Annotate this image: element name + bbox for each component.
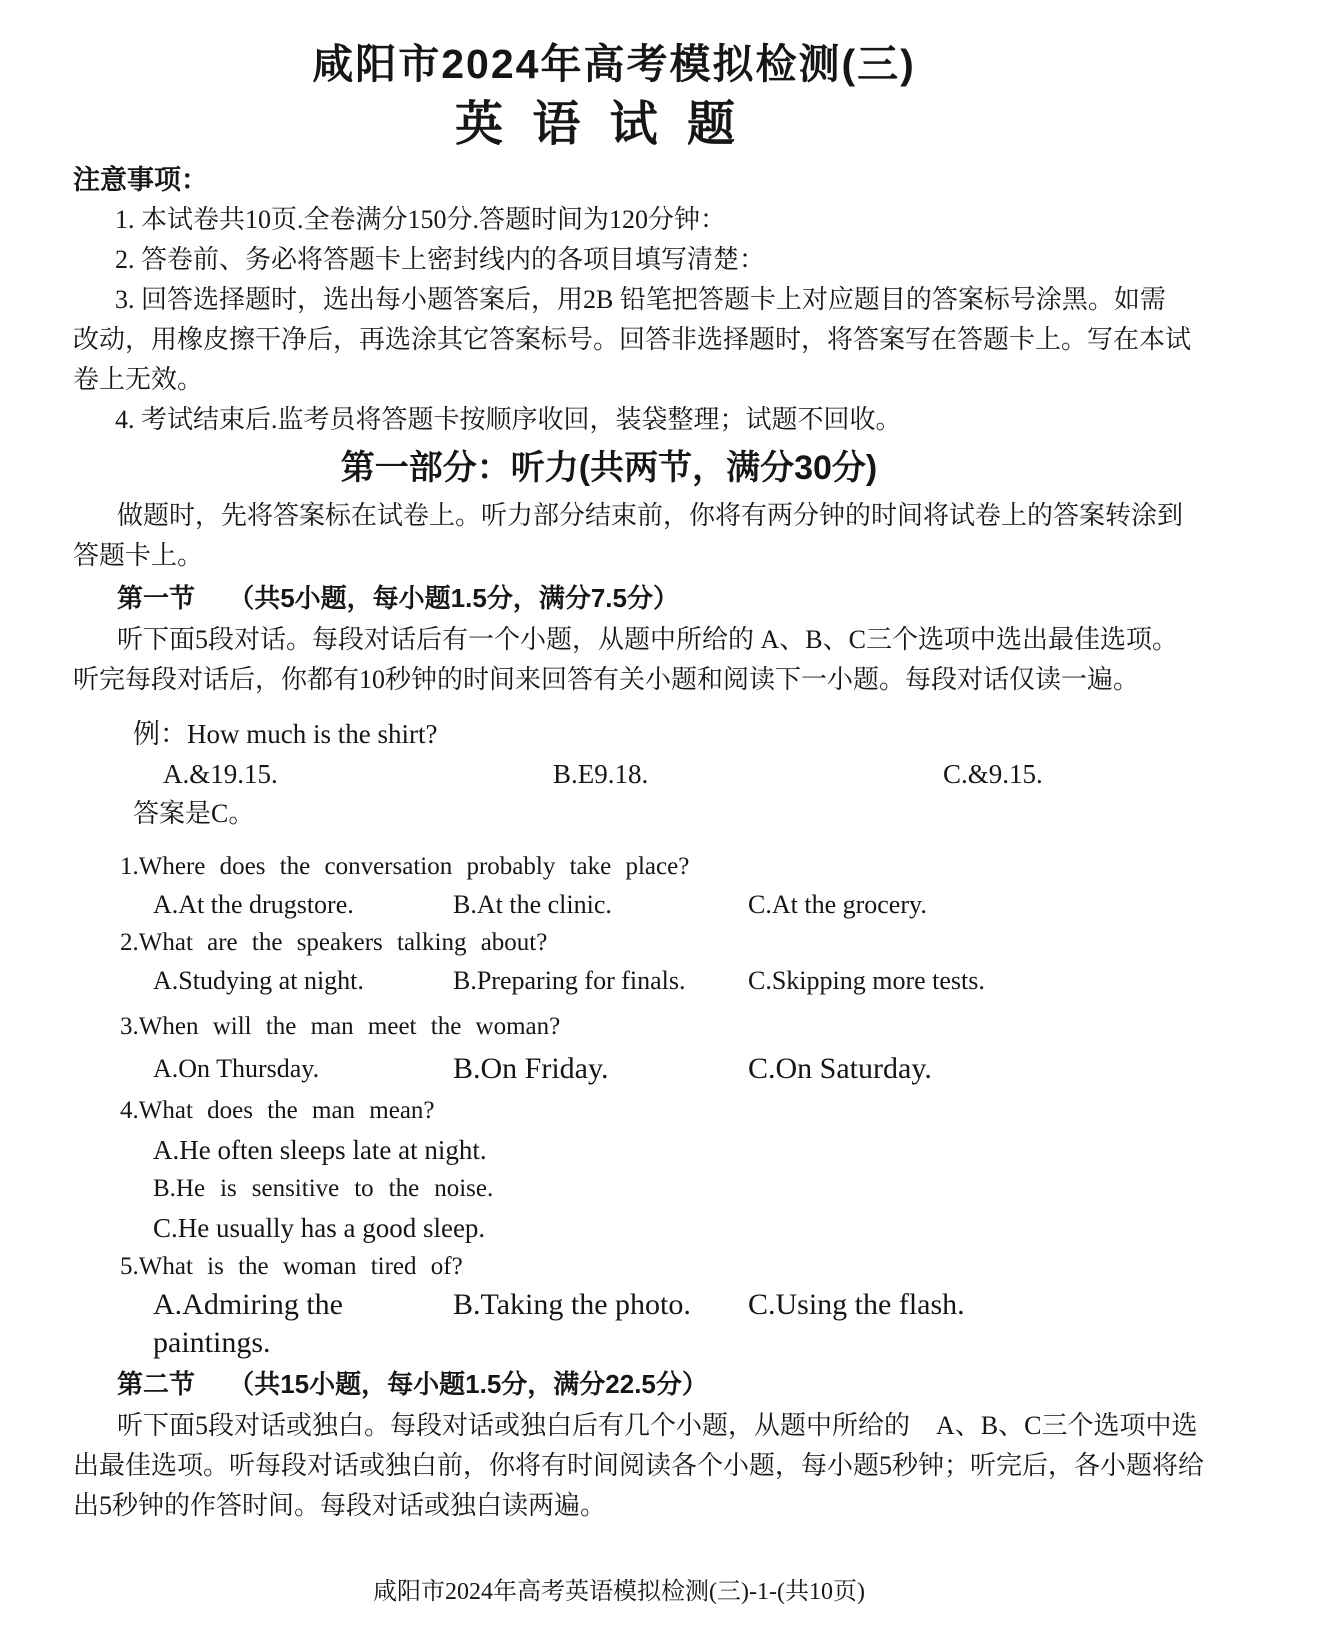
question-5-options-row: A.Admiring the paintings. B.Taking the p… — [153, 1286, 1245, 1362]
section2-heading: 第二节 （共15小题，每小题1.5分，满分22.5分） — [73, 1362, 1245, 1406]
notice-item-3-line-2: 改动，用橡皮擦干净后，再选涂其它答案标号。回答非选择题时，将答案写在答题卡上。写… — [73, 320, 1245, 360]
example-question: 例：How much is the shirt? — [73, 714, 1245, 754]
question-5-option-b: B.Taking the photo. — [453, 1286, 748, 1362]
notice-section: 注意事项： 1. 本试卷共10页.全卷满分150分.答题时间为120分钟： 2.… — [73, 160, 1245, 440]
question-3-option-c: C.On Saturday. — [748, 1046, 1245, 1092]
notice-item-1: 1. 本试卷共10页.全卷满分150分.答题时间为120分钟： — [73, 200, 1245, 240]
question-1-options-row: A.At the drugstore. B.At the clinic. C.A… — [153, 886, 1245, 924]
question-2-options-row: A.Studying at night. B.Preparing for fin… — [153, 962, 1245, 1000]
question-1-option-c: C.At the grocery. — [748, 886, 1245, 924]
question-3-option-a: A.On Thursday. — [153, 1046, 453, 1092]
section2-intro-line-1: 听下面5段对话或独白。每段对话或独白后有几个小题，从题中所给的 A、B、C三个选… — [73, 1406, 1245, 1446]
question-1-option-a: A.At the drugstore. — [153, 886, 453, 924]
question-4-option-c: C.He usually has a good sleep. — [73, 1208, 1245, 1248]
page-footer: 咸阳市2024年高考英语模拟检测(三)-1-(共10页) — [73, 1578, 1245, 1606]
example-option-b: B.E9.18. — [553, 754, 943, 794]
section2-intro-line-2: 出最佳选项。听每段对话或独白前，你将有时间阅读各个小题，每小题5秒钟；听完后，各… — [73, 1446, 1245, 1486]
question-2-option-c: C.Skipping more tests. — [748, 962, 1245, 1000]
notice-item-2: 2. 答卷前、务必将答题卡上密封线内的各项目填写清楚： — [73, 240, 1245, 280]
question-3-option-b: B.On Friday. — [453, 1046, 748, 1092]
section2-intro-line-3: 出5秒钟的作答时间。每段对话或独白读两遍。 — [73, 1486, 1245, 1526]
notice-item-3-line-3: 卷上无效。 — [73, 360, 1245, 400]
question-5-option-a: A.Admiring the paintings. — [153, 1286, 453, 1362]
question-4-text: 4.What does the man mean? — [73, 1092, 1245, 1130]
exam-paper-page: 咸阳市2024年高考模拟检测(三) 英 语 试 题 注意事项： 1. 本试卷共1… — [0, 0, 1318, 1650]
section1-intro-line-1: 听下面5段对话。每段对话后有一个小题，从题中所给的 A、B、C三个选项中选出最佳… — [73, 620, 1245, 660]
example-option-c: C.&9.15. — [943, 754, 1245, 794]
question-3-text: 3.When will the man meet the woman? — [73, 1008, 1245, 1046]
exam-title: 咸阳市2024年高考模拟检测(三) — [73, 36, 1245, 92]
example-options-row: A.&19.15. B.E9.18. C.&9.15. — [163, 754, 1245, 794]
question-4-option-b: B.He is sensitive to the noise. — [73, 1170, 1245, 1208]
part1-intro-line-2: 答题卡上。 — [73, 536, 1245, 576]
example-option-a: A.&19.15. — [163, 754, 553, 794]
question-4-option-a: A.He often sleeps late at night. — [73, 1130, 1245, 1170]
question-2-option-b: B.Preparing for finals. — [453, 962, 748, 1000]
notice-heading: 注意事项： — [73, 160, 1245, 200]
example-answer: 答案是C。 — [73, 794, 1245, 834]
exam-subject-title: 英 语 试 题 — [73, 96, 1245, 154]
section1-heading: 第一节 （共5小题，每小题1.5分，满分7.5分） — [73, 576, 1245, 620]
question-5-option-c: C.Using the flash. — [748, 1286, 1245, 1362]
part1-intro-line-1: 做题时，先将答案标在试卷上。听力部分结束前，你将有两分钟的时间将试卷上的答案转涂… — [73, 496, 1245, 536]
question-2-text: 2.What are the speakers talking about? — [73, 924, 1245, 962]
part1-heading: 第一部分：听力(共两节，满分30分) — [73, 440, 1245, 496]
question-1-text: 1.Where does the conversation probably t… — [73, 848, 1245, 886]
section1-intro-line-2: 听完每段对话后，你都有10秒钟的时间来回答有关小题和阅读下一小题。每段对话仅读一… — [73, 660, 1245, 700]
question-5-text: 5.What is the woman tired of? — [73, 1248, 1245, 1286]
part1-listening-section: 第一部分：听力(共两节，满分30分) 做题时，先将答案标在试卷上。听力部分结束前… — [73, 440, 1245, 1526]
question-2-option-a: A.Studying at night. — [153, 962, 453, 1000]
notice-item-4: 4. 考试结束后.监考员将答题卡按顺序收回，装袋整理；试题不回收。 — [73, 400, 1245, 440]
notice-item-3-line-1: 3. 回答选择题时，选出每小题答案后，用2B 铅笔把答题卡上对应题目的答案标号涂… — [73, 280, 1245, 320]
question-1-option-b: B.At the clinic. — [453, 886, 748, 924]
question-3-options-row: A.On Thursday. B.On Friday. C.On Saturda… — [153, 1046, 1245, 1092]
